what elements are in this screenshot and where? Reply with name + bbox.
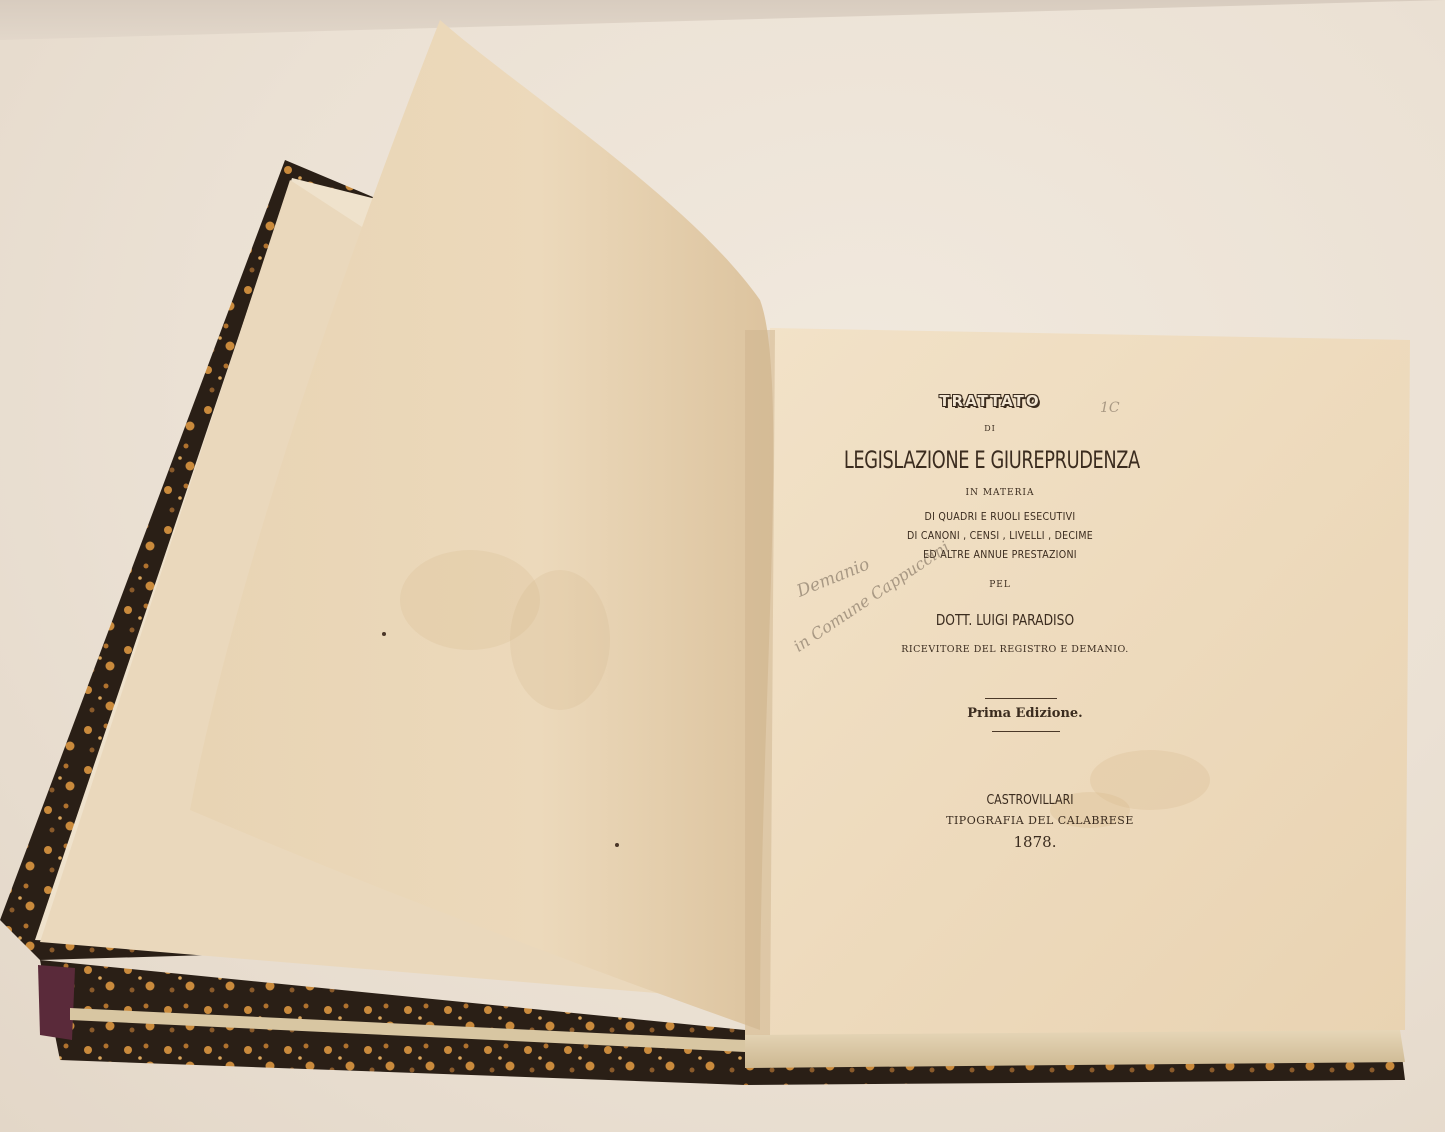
title-page-sheet (745, 328, 1410, 1035)
page-block-edge (745, 1030, 1405, 1068)
book-illustration (0, 0, 1445, 1132)
purple-corner (38, 965, 75, 1040)
photo-scene: TRATTATO DI LEGISLAZIONE E GIUREPRUDENZA… (0, 0, 1445, 1132)
corner-pencil-mark: 1C (1100, 400, 1120, 416)
